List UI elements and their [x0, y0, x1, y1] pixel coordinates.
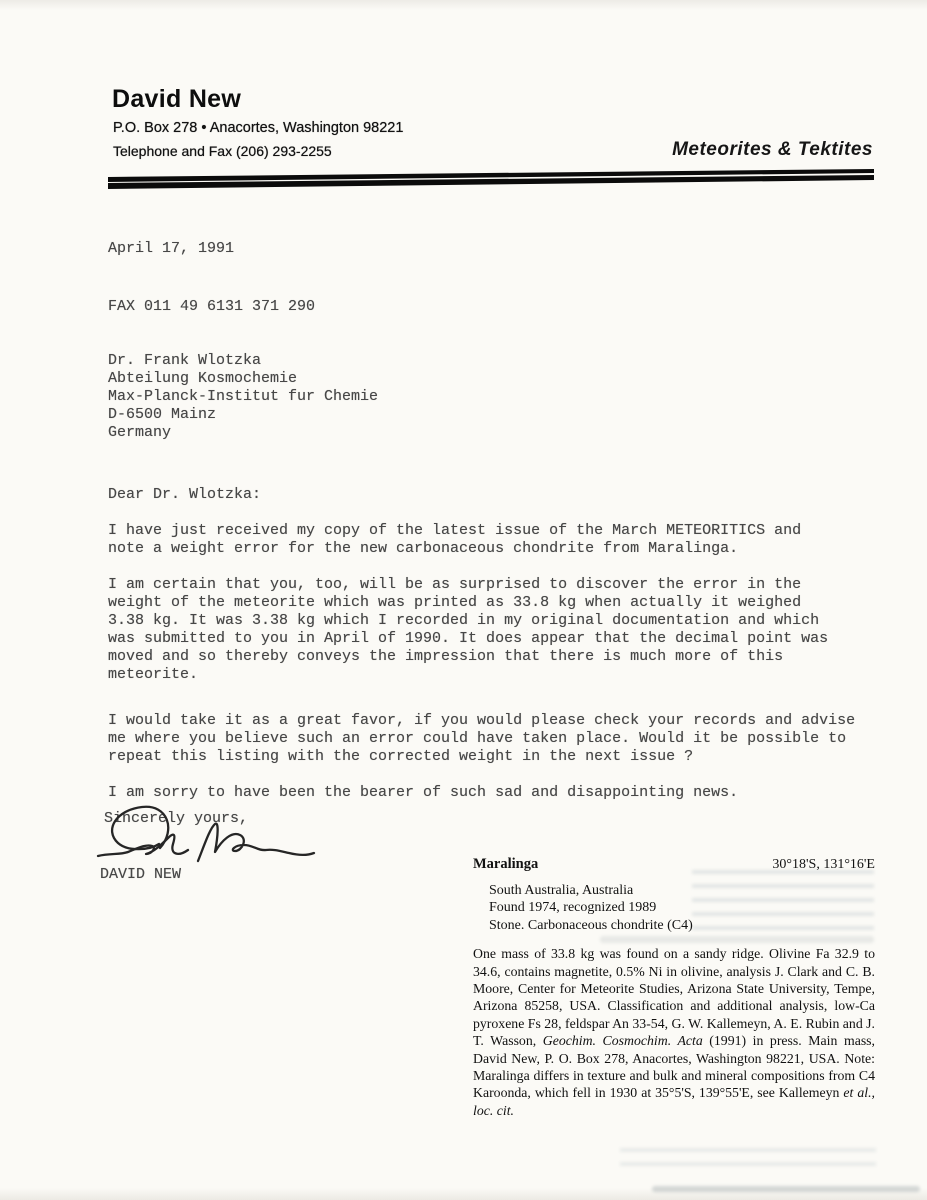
letterhead-tagline: Meteorites & Tektites	[672, 139, 873, 161]
letterhead-rule	[108, 168, 874, 192]
scan-edge-bottom	[0, 1188, 927, 1200]
letter-date: April 17, 1991	[108, 240, 234, 258]
salutation: Dear Dr. Wlotzka:	[108, 486, 261, 504]
body-paragraph-3: I would take it as a great favor, if you…	[108, 712, 855, 766]
clipping-coordinates: 30°18'S, 131°16'E	[772, 857, 875, 873]
clipping-header: Maralinga 30°18'S, 131°16'E	[473, 856, 875, 873]
scan-edge-top	[0, 0, 927, 10]
bleed-through-artifact	[620, 1138, 876, 1168]
catalogue-clipping: Maralinga 30°18'S, 131°16'E South Austra…	[473, 856, 875, 1119]
recipient-address: Dr. Frank Wlotzka Abteilung Kosmochemie …	[108, 352, 378, 442]
letterhead-address: P.O. Box 278 • Anacortes, Washington 982…	[113, 120, 403, 136]
letterhead-name: David New	[112, 85, 241, 114]
body-paragraph-2: I am certain that you, too, will be as s…	[108, 576, 828, 684]
scanned-letter-page: David New P.O. Box 278 • Anacortes, Wash…	[0, 0, 927, 1200]
typed-signer-name: DAVID NEW	[100, 866, 181, 884]
clipping-body: One mass of 33.8 kg was found on a sandy…	[473, 945, 875, 1119]
letterhead-phone: Telephone and Fax (206) 293-2255	[113, 143, 332, 159]
fax-number-line: FAX 011 49 6131 371 290	[108, 298, 315, 316]
clipping-title: Maralinga	[473, 856, 538, 873]
clipping-details: South Australia, Australia Found 1974, r…	[489, 882, 875, 934]
body-paragraph-1: I have just received my copy of the late…	[108, 522, 801, 558]
